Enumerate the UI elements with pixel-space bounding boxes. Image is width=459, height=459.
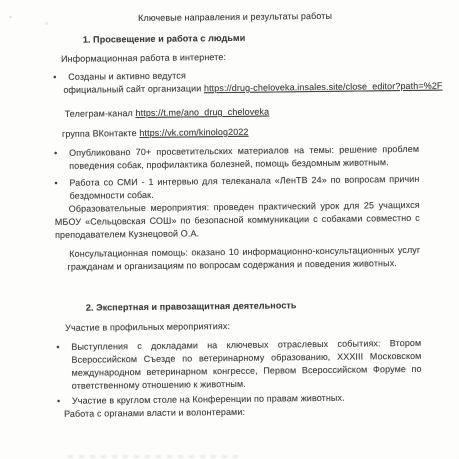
document-photo: Ключевые направления и результаты работы…	[0, 0, 459, 459]
document-page: Ключевые направления и результаты работы…	[0, 0, 459, 459]
bullet-icon: •	[56, 341, 59, 354]
bullet-icon: •	[57, 395, 60, 408]
list-item: • Выступления с докладами на ключевых от…	[56, 337, 422, 393]
results-list: • Опубликовано 70+ просветительских мате…	[54, 143, 420, 203]
document-title: Ключевые направления и результаты работы	[53, 9, 418, 26]
vk-line: группа ВКонтакте https://vk.com/kinolog2…	[62, 124, 419, 141]
events-intro: Участие в профильных мероприятиях:	[65, 318, 421, 335]
bullet-media-text: Работа со СМИ - 1 интервью для телеканал…	[69, 174, 419, 201]
telegram-label: Телеграм-канал	[65, 108, 136, 119]
consulting-paragraph: Консультационная помощь: оказано 10 инфо…	[67, 244, 420, 274]
list-item: • Работа со СМИ - 1 интервью для телекан…	[54, 173, 419, 203]
bullet-icon: •	[54, 177, 57, 190]
bullet-roundtable-text: Участие в круглом столе на Конференции п…	[72, 393, 345, 406]
telegram-link[interactable]: https://t.me/ano_drug_cheloveka	[135, 107, 269, 119]
bullet-created-text: Созданы и активно ведутся	[68, 70, 186, 81]
vk-label: группа ВКонтакте	[62, 128, 140, 139]
official-site-label: официальный сайт организации	[63, 83, 204, 95]
cut-off-next-line	[68, 455, 238, 458]
vk-link[interactable]: https://vk.com/kinolog2022	[139, 127, 248, 138]
telegram-line: Телеграм-канал https://t.me/ano_drug_che…	[65, 104, 419, 121]
section1-heading: 1. Просвещение и работа с людьми	[83, 30, 418, 47]
bullet-icon: •	[54, 147, 57, 160]
bullet-published-text: Опубликовано 70+ просветительских матери…	[69, 144, 419, 171]
events-list: • Выступления с докладами на ключевых от…	[56, 337, 422, 408]
official-site-link[interactable]: https://drug-cheloveka.insales.site/clos…	[204, 81, 443, 94]
list-item: • Опубликовано 70+ просветительских мате…	[54, 143, 419, 173]
bullet-icon: •	[53, 71, 56, 84]
internet-work-intro: Информационная работа в интернете:	[61, 49, 418, 66]
bullet-talks-text: Выступления с докладами на ключевых отра…	[71, 338, 421, 391]
section2-heading: 2. Экспертная и правозащитная деятельнос…	[86, 298, 421, 315]
education-paragraph: Образовательные мероприятия: проведен пр…	[55, 199, 420, 242]
